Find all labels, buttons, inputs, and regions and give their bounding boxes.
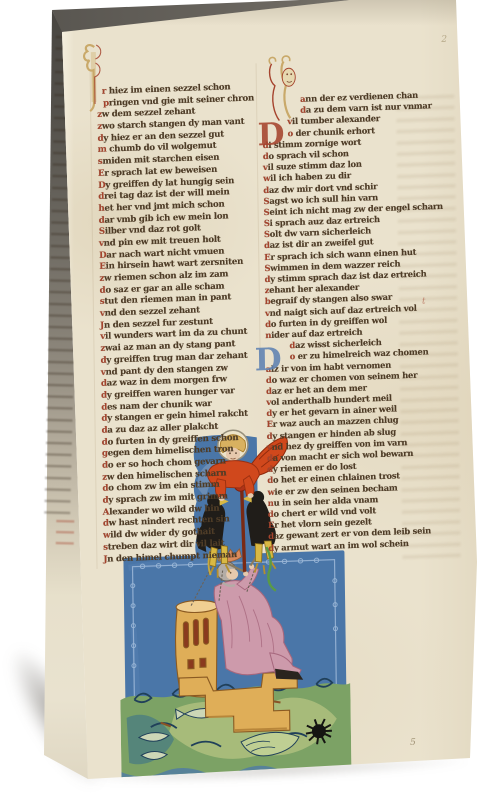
lombard-initial-red: D bbox=[257, 119, 284, 151]
canvas-print-product-photo: D D t 5 2 r hiez im einen sezzel schonpr… bbox=[0, 0, 500, 795]
manuscript-page: D D t 5 2 r hiez im einen sezzel schonpr… bbox=[67, 16, 474, 791]
ornate-initial-left bbox=[80, 39, 111, 114]
arch-window bbox=[183, 622, 188, 648]
side-mirrored-rubric bbox=[56, 520, 75, 546]
text-column-left: r hiez im einen sezzel schonpringen vnd … bbox=[95, 81, 261, 566]
arch-window bbox=[200, 658, 206, 667]
arch-window bbox=[193, 619, 198, 645]
initial-red-stem bbox=[269, 64, 279, 121]
lombard-initial-blue: D bbox=[254, 345, 281, 377]
corner-number: 2 bbox=[441, 35, 447, 45]
initial-curls bbox=[269, 56, 290, 64]
initial-face bbox=[282, 68, 295, 86]
arch-window bbox=[188, 660, 194, 669]
folio-number: 5 bbox=[410, 738, 416, 748]
text-column-right: ann der ez verdienen chanda zu dem varn … bbox=[262, 89, 448, 554]
arch-window bbox=[203, 618, 208, 644]
